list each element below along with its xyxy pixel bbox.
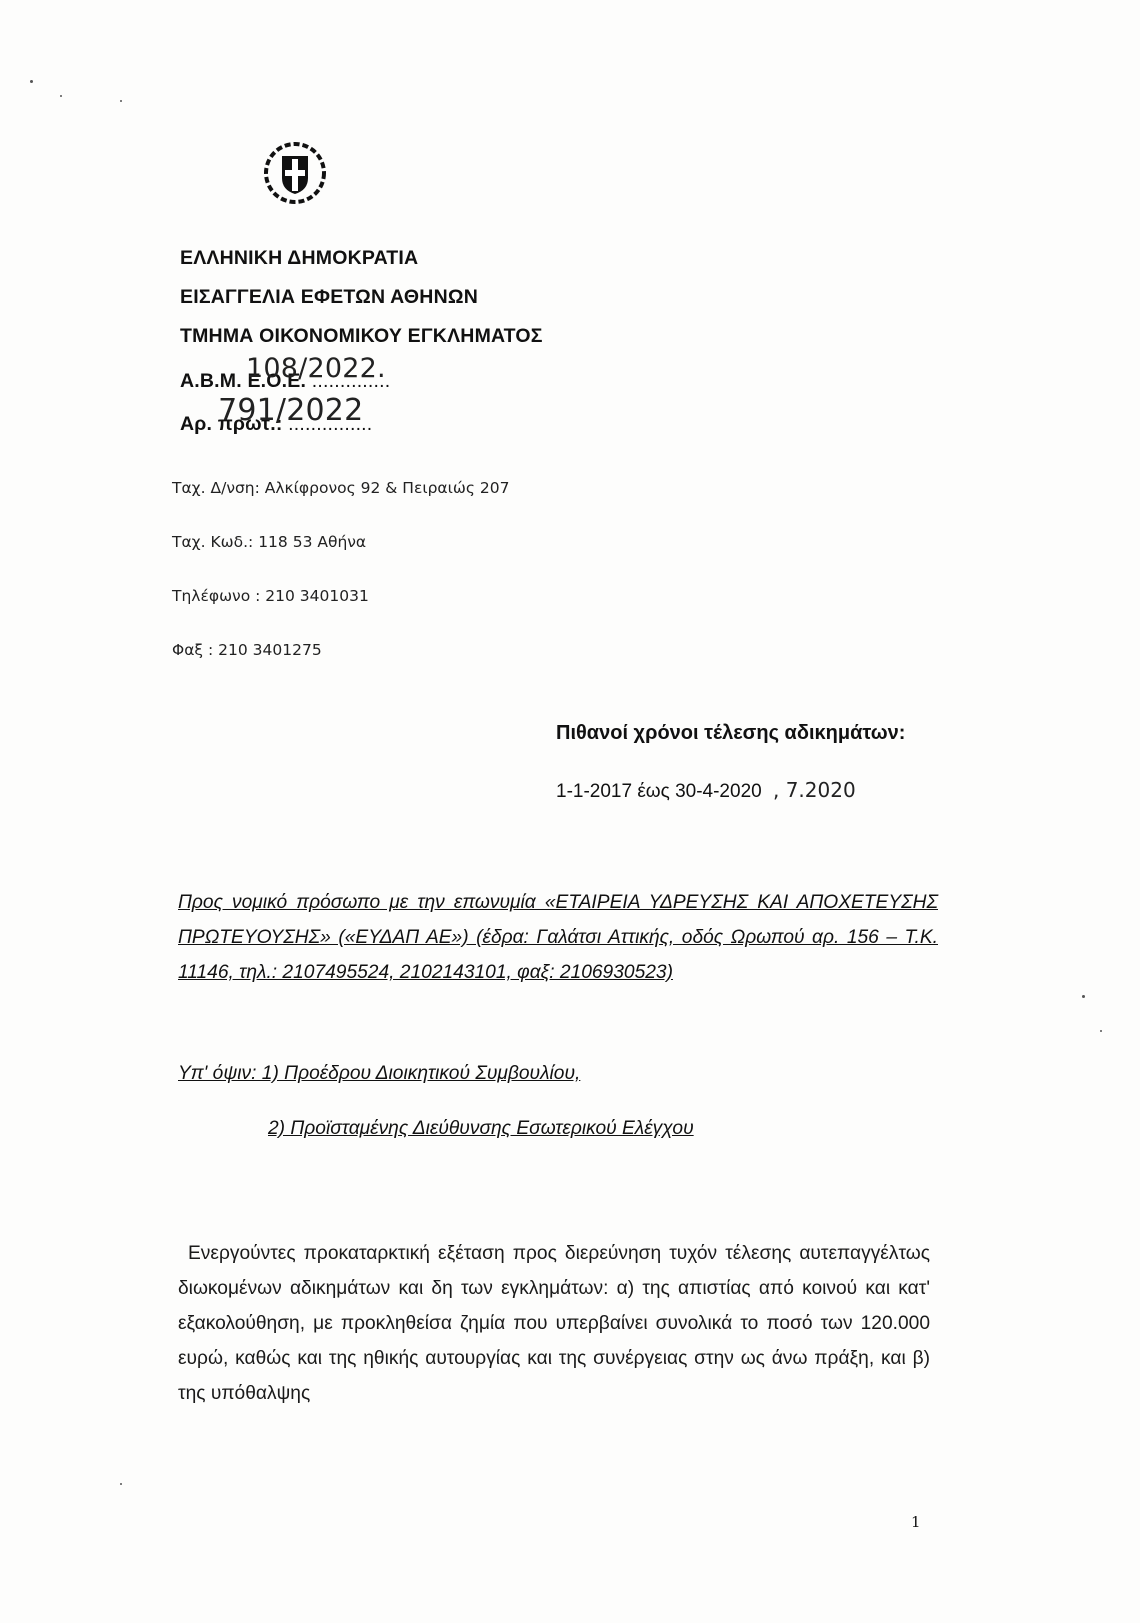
offense-times-value: 1-1-2017 έως 30-4-2020	[556, 781, 762, 802]
fax: Φαξ : 210 3401275	[172, 641, 322, 659]
scan-speck	[120, 100, 122, 102]
scan-speck	[1082, 995, 1085, 998]
scan-speck	[1100, 1030, 1102, 1032]
attention-line-2: 2) Προϊσταμένης Διεύθυνσης Εσωτερικού Ελ…	[268, 1118, 694, 1140]
header-republic: ΕΛΛΗΝΙΚΗ ΔΗΜΟΚΡΑΤΙΑ	[180, 247, 418, 270]
header-prosecutor-office: ΕΙΣΑΓΓΕΛΙΑ ΕΦΕΤΩΝ ΑΘΗΝΩΝ	[180, 286, 478, 309]
body-paragraph: Ενεργούντες προκαταρκτική εξέταση προς δ…	[178, 1236, 930, 1411]
scan-speck	[60, 95, 62, 97]
abm-handwritten-value: 108/2022.	[246, 353, 386, 384]
handwritten-correction: , 7.2020	[773, 778, 856, 802]
scan-speck	[120, 1483, 122, 1485]
abm-line: Α.Β.Μ. Ε.Ο.Ε. .............. 108/2022.	[180, 363, 536, 394]
offense-times-row: 1-1-2017 έως 30-4-2020 , 7.2020	[556, 778, 856, 803]
attention-line-1: Υπ' όψιν: 1) Προέδρου Διοικητικού Συμβου…	[178, 1063, 580, 1085]
header-department: ΤΜΗΜΑ ΟΙΚΟΝΟΜΙΚΟΥ ΕΓΚΛΗΜΑΤΟΣ	[180, 325, 543, 348]
protocol-handwritten-value: 791/2022	[218, 393, 363, 428]
scan-speck	[30, 80, 33, 83]
phone: Τηλέφωνο : 210 3401031	[172, 587, 369, 605]
postal-code: Ταχ. Κωδ.: 118 53 Αθήνα	[172, 533, 366, 551]
protocol-line: Αρ. πρωτ.: ............... 791/2022	[180, 403, 523, 438]
recipient-block: Προς νομικό πρόσωπο με την επωνυμία «ΕΤΑ…	[178, 885, 938, 990]
greek-coat-of-arms-icon	[262, 140, 328, 206]
offense-times-title: Πιθανοί χρόνοι τέλεσης αδικημάτων:	[556, 722, 905, 745]
address: Ταχ. Δ/νση: Αλκίφρονος 92 & Πειραιώς 207	[172, 479, 509, 497]
page-number: 1	[911, 1513, 921, 1531]
